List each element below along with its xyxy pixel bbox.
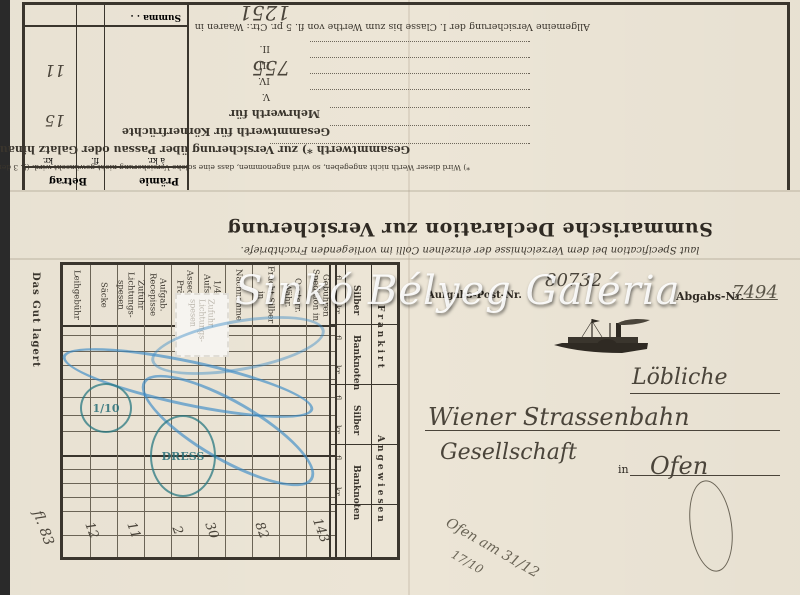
- fill-line: [310, 88, 530, 90]
- title-heading: Summarische Declaration zur Versicherung: [170, 218, 770, 240]
- handwritten-value: 12: [81, 520, 101, 541]
- fl-label: fl.: [333, 335, 342, 343]
- postal-oval-stamp: DRESS: [150, 415, 216, 497]
- row-line: [63, 497, 335, 498]
- watermark-text: Sinkó Bélyeg Galéria: [235, 268, 680, 314]
- praemie-header: Prämie: [139, 175, 179, 186]
- postal-circle-stamp: 1/10: [80, 383, 132, 433]
- handwritten-amount: 755: [252, 56, 290, 80]
- mehrwerth: Mehrwerth für: [229, 107, 320, 120]
- col-line: [306, 325, 307, 557]
- handwritten-value: 11: [123, 520, 143, 541]
- gesammtwerth-koerner: Gesammtwerth für Körnerfrüchte: [122, 125, 330, 138]
- row-line: [63, 535, 335, 536]
- fill-line: [425, 430, 780, 431]
- panel-band: [331, 385, 397, 445]
- banknoten-label: Banknoten: [351, 465, 361, 520]
- fill-line: [330, 124, 530, 126]
- handwritten-value: 30: [201, 520, 221, 541]
- summa-label: Summa . .: [131, 12, 181, 22]
- recipient-line-1: Löbliche: [632, 365, 728, 390]
- handwritten-amount: 1251: [239, 1, 290, 25]
- row-line: [63, 511, 335, 512]
- kr-label: kr.: [333, 425, 342, 435]
- title-subheading: laut Specification bei dem Verzeichnisse…: [170, 244, 770, 255]
- fl-label: fl.: [333, 395, 342, 403]
- row-divider: [22, 25, 187, 27]
- silber-label: Silber: [351, 405, 361, 435]
- recipient-line-3: Gesellschaft: [440, 440, 577, 465]
- steamship-icon: [552, 315, 654, 360]
- fill-line: [270, 142, 530, 144]
- handwritten-amount: 15: [45, 111, 65, 130]
- handwritten-amount: 11: [45, 61, 65, 80]
- betrag-header: Betrag: [49, 175, 87, 186]
- kr-label: kr.: [333, 487, 342, 497]
- fl-label: fl.: [333, 455, 342, 463]
- declaration-title: laut Specification bei dem Verzeichnisse…: [170, 205, 770, 255]
- handwritten-value: 82: [251, 520, 271, 541]
- betrag-praemie-table: Prämie à kr. Betrag fl. kr. Summa . . 15…: [22, 2, 189, 190]
- column-divider: [104, 2, 105, 190]
- fill-line: [310, 40, 530, 42]
- fill-line: [310, 56, 530, 58]
- column-divider: [76, 2, 77, 190]
- class-v: V.: [262, 91, 270, 102]
- footnote: *) Wird dieser Werth nicht angegeben, so…: [0, 163, 470, 172]
- fill-line: [330, 106, 530, 108]
- abgabs-value: 7494: [732, 282, 778, 303]
- col-zufuhr: Zufuhr Lichtungs-spesen: [117, 265, 145, 325]
- col-leihgebuehr: Leihgebühr: [63, 265, 91, 325]
- gesammtwerth-passau: Gesammtwerth *) zur Versicherung über Pa…: [0, 143, 410, 156]
- panel-band: [331, 325, 397, 385]
- fold-line: [10, 190, 800, 192]
- class-ii: II.: [259, 43, 270, 54]
- banknoten-label: Banknoten: [351, 335, 361, 390]
- col-aufgab-recepisse: Aufgab. Recepisse: [144, 265, 172, 325]
- fill-line: [630, 475, 780, 476]
- fill-line: [310, 72, 530, 74]
- das-gut-lagert-label: Das Gut lagert: [30, 272, 41, 368]
- kr-label: kr.: [333, 365, 342, 375]
- fold-line: [10, 258, 800, 260]
- fill-line: [630, 393, 780, 394]
- in-label: in: [618, 463, 629, 476]
- upper-insurance-form: Prämie à kr. Betrag fl. kr. Summa . . 15…: [22, 0, 790, 190]
- recipient-line-2: Wiener Strassenbahn: [428, 403, 690, 431]
- col-saecke: Säcke: [90, 265, 118, 325]
